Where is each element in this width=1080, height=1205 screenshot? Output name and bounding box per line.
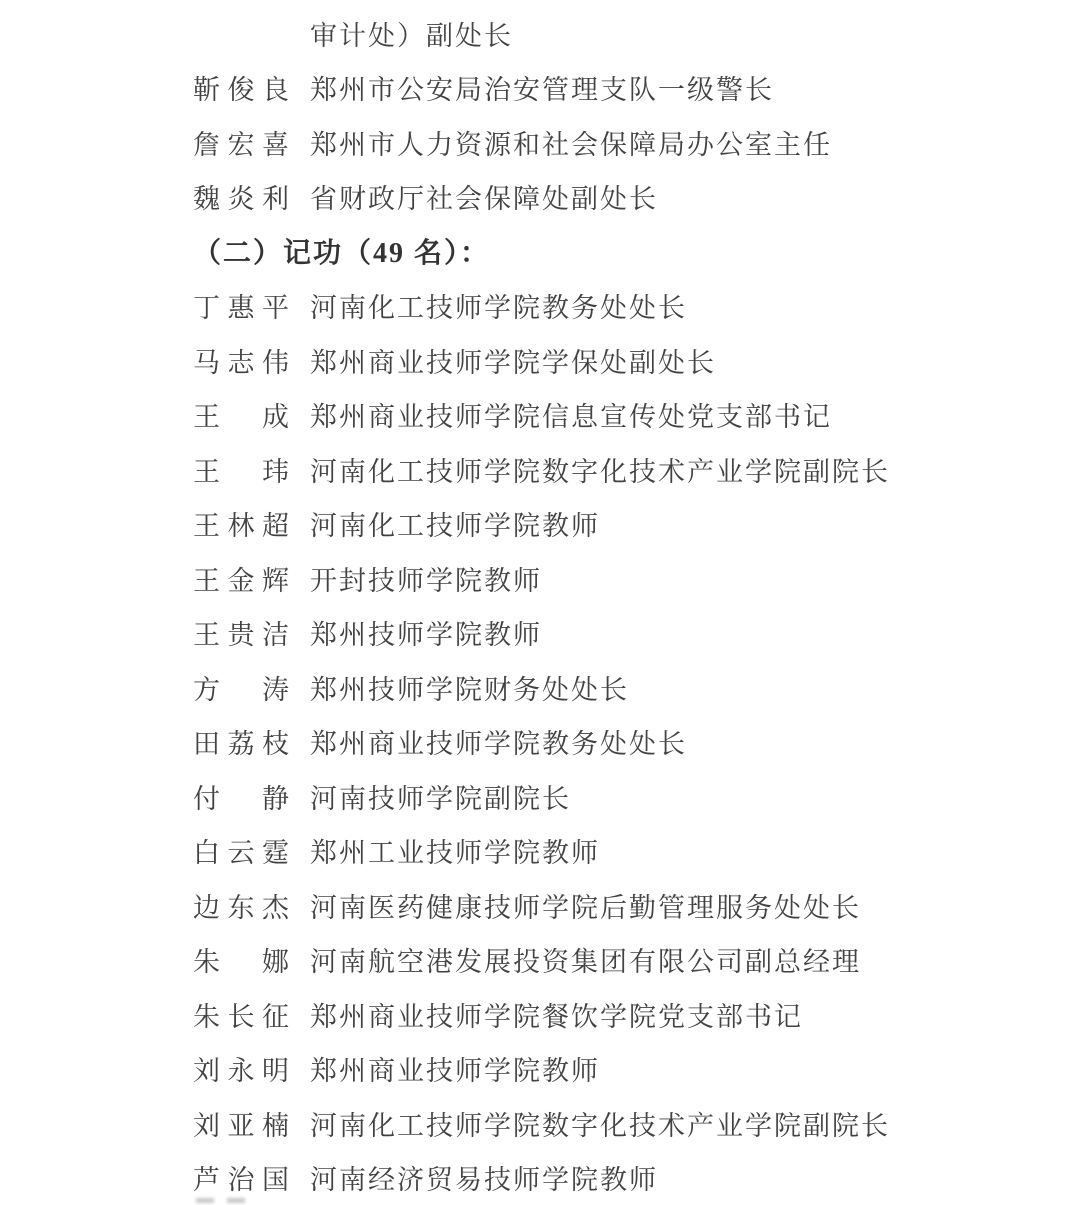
awardee-name: 朱长征	[193, 995, 289, 1034]
awardee-name: 方涛	[193, 668, 289, 707]
awardee-title: 河南技师学院副院长	[310, 777, 571, 816]
award-row: 方涛 郑州技师学院财务处处长	[0, 660, 1080, 715]
awardee-title: 开封技师学院教师	[310, 559, 542, 598]
award-row: 王成 郑州商业技师学院信息宣传处党支部书记	[0, 388, 1080, 443]
awardee-name: 詹宏喜	[193, 123, 289, 162]
awardee-name: 刘亚楠	[193, 1104, 289, 1143]
award-row: 边东杰 河南医药健康技师学院后勤管理服务处处长	[0, 878, 1080, 933]
awardee-name: 白云霆	[193, 831, 289, 870]
award-row: 付静 河南技师学院副院长	[0, 769, 1080, 824]
awardee-title: 郑州市公安局治安管理支队一级警长	[310, 68, 774, 107]
awardee-title: 河南化工技师学院教师	[310, 504, 600, 543]
awardee-title: 郑州技师学院教师	[310, 613, 542, 652]
awardee-name: 王林超	[193, 504, 289, 543]
award-row: 丁惠平 河南化工技师学院教务处处长	[0, 279, 1080, 334]
partial-character-mark	[196, 1198, 214, 1203]
award-row: 田荔枝 郑州商业技师学院教务处处长	[0, 715, 1080, 770]
document-page: 审计处）副处长 靳俊良 郑州市公安局治安管理支队一级警长 詹宏喜 郑州市人力资源…	[0, 0, 1080, 1205]
partial-character-mark	[227, 1198, 245, 1203]
awardee-title: 河南经济贸易技师学院教师	[310, 1158, 658, 1197]
award-row: 刘亚楠 河南化工技师学院数字化技术产业学院副院长	[0, 1096, 1080, 1151]
awardee-name: 王玮	[193, 450, 289, 489]
awardee-title: 河南航空港发展投资集团有限公司副总经理	[310, 940, 861, 979]
awardee-title: 郑州商业技师学院餐饮学院党支部书记	[310, 995, 803, 1034]
awardee-title: 郑州市人力资源和社会保障局办公室主任	[310, 123, 832, 162]
awardee-title: 郑州商业技师学院教师	[310, 1049, 600, 1088]
awardee-name: 王贵洁	[193, 613, 289, 652]
continuation-line: 审计处）副处长	[0, 6, 1080, 61]
awardee-title: 省财政厅社会保障处副处长	[310, 177, 658, 216]
award-row: 王贵洁 郑州技师学院教师	[0, 606, 1080, 661]
award-list-top: 靳俊良 郑州市公安局治安管理支队一级警长 詹宏喜 郑州市人力资源和社会保障局办公…	[0, 61, 1080, 225]
award-row: 马志伟 郑州商业技师学院学保处副处长	[0, 333, 1080, 388]
award-row: 詹宏喜 郑州市人力资源和社会保障局办公室主任	[0, 115, 1080, 170]
awardee-title: 郑州商业技师学院学保处副处长	[310, 341, 716, 380]
award-row: 王林超 河南化工技师学院教师	[0, 497, 1080, 552]
award-row: 朱娜 河南航空港发展投资集团有限公司副总经理	[0, 933, 1080, 988]
award-row: 王玮 河南化工技师学院数字化技术产业学院副院长	[0, 442, 1080, 497]
awardee-title: 河南化工技师学院数字化技术产业学院副院长	[310, 1104, 890, 1143]
awardee-name: 王成	[193, 395, 289, 434]
awardee-title: 河南医药健康技师学院后勤管理服务处处长	[310, 886, 861, 925]
award-row: 王金辉 开封技师学院教师	[0, 551, 1080, 606]
section-heading: （二）记功（49 名）：	[193, 231, 490, 271]
awardee-title: 郑州工业技师学院教师	[310, 831, 600, 870]
awardee-title: 郑州技师学院财务处处长	[310, 668, 629, 707]
award-list-main: 丁惠平 河南化工技师学院教务处处长 马志伟 郑州商业技师学院学保处副处长 王成 …	[0, 279, 1080, 1205]
continuation-line-text: 审计处）副处长	[310, 14, 513, 53]
award-row: 靳俊良 郑州市公安局治安管理支队一级警长	[0, 61, 1080, 116]
awardee-name: 刘永明	[193, 1049, 289, 1088]
awardee-name: 魏炎利	[193, 177, 289, 216]
award-row: 朱长征 郑州商业技师学院餐饮学院党支部书记	[0, 987, 1080, 1042]
awardee-name: 王金辉	[193, 559, 289, 598]
awardee-name: 朱娜	[193, 940, 289, 979]
awardee-title: 河南化工技师学院教务处处长	[310, 286, 687, 325]
award-row: 刘永明 郑州商业技师学院教师	[0, 1042, 1080, 1097]
awardee-title: 郑州商业技师学院教务处处长	[310, 722, 687, 761]
awardee-name: 靳俊良	[193, 68, 289, 107]
awardee-name: 付静	[193, 777, 289, 816]
awardee-name: 丁惠平	[193, 286, 289, 325]
award-row: 魏炎利 省财政厅社会保障处副处长	[0, 170, 1080, 225]
awardee-name: 马志伟	[193, 341, 289, 380]
section-heading-row: （二）记功（49 名）：	[0, 224, 1080, 279]
awardee-title: 河南化工技师学院数字化技术产业学院副院长	[310, 450, 890, 489]
award-row: 白云霆 郑州工业技师学院教师	[0, 824, 1080, 879]
awardee-title: 郑州商业技师学院信息宣传处党支部书记	[310, 395, 832, 434]
awardee-name: 边东杰	[193, 886, 289, 925]
awardee-name: 芦治国	[193, 1158, 289, 1197]
awardee-name: 田荔枝	[193, 722, 289, 761]
partial-next-row	[0, 1195, 1080, 1205]
